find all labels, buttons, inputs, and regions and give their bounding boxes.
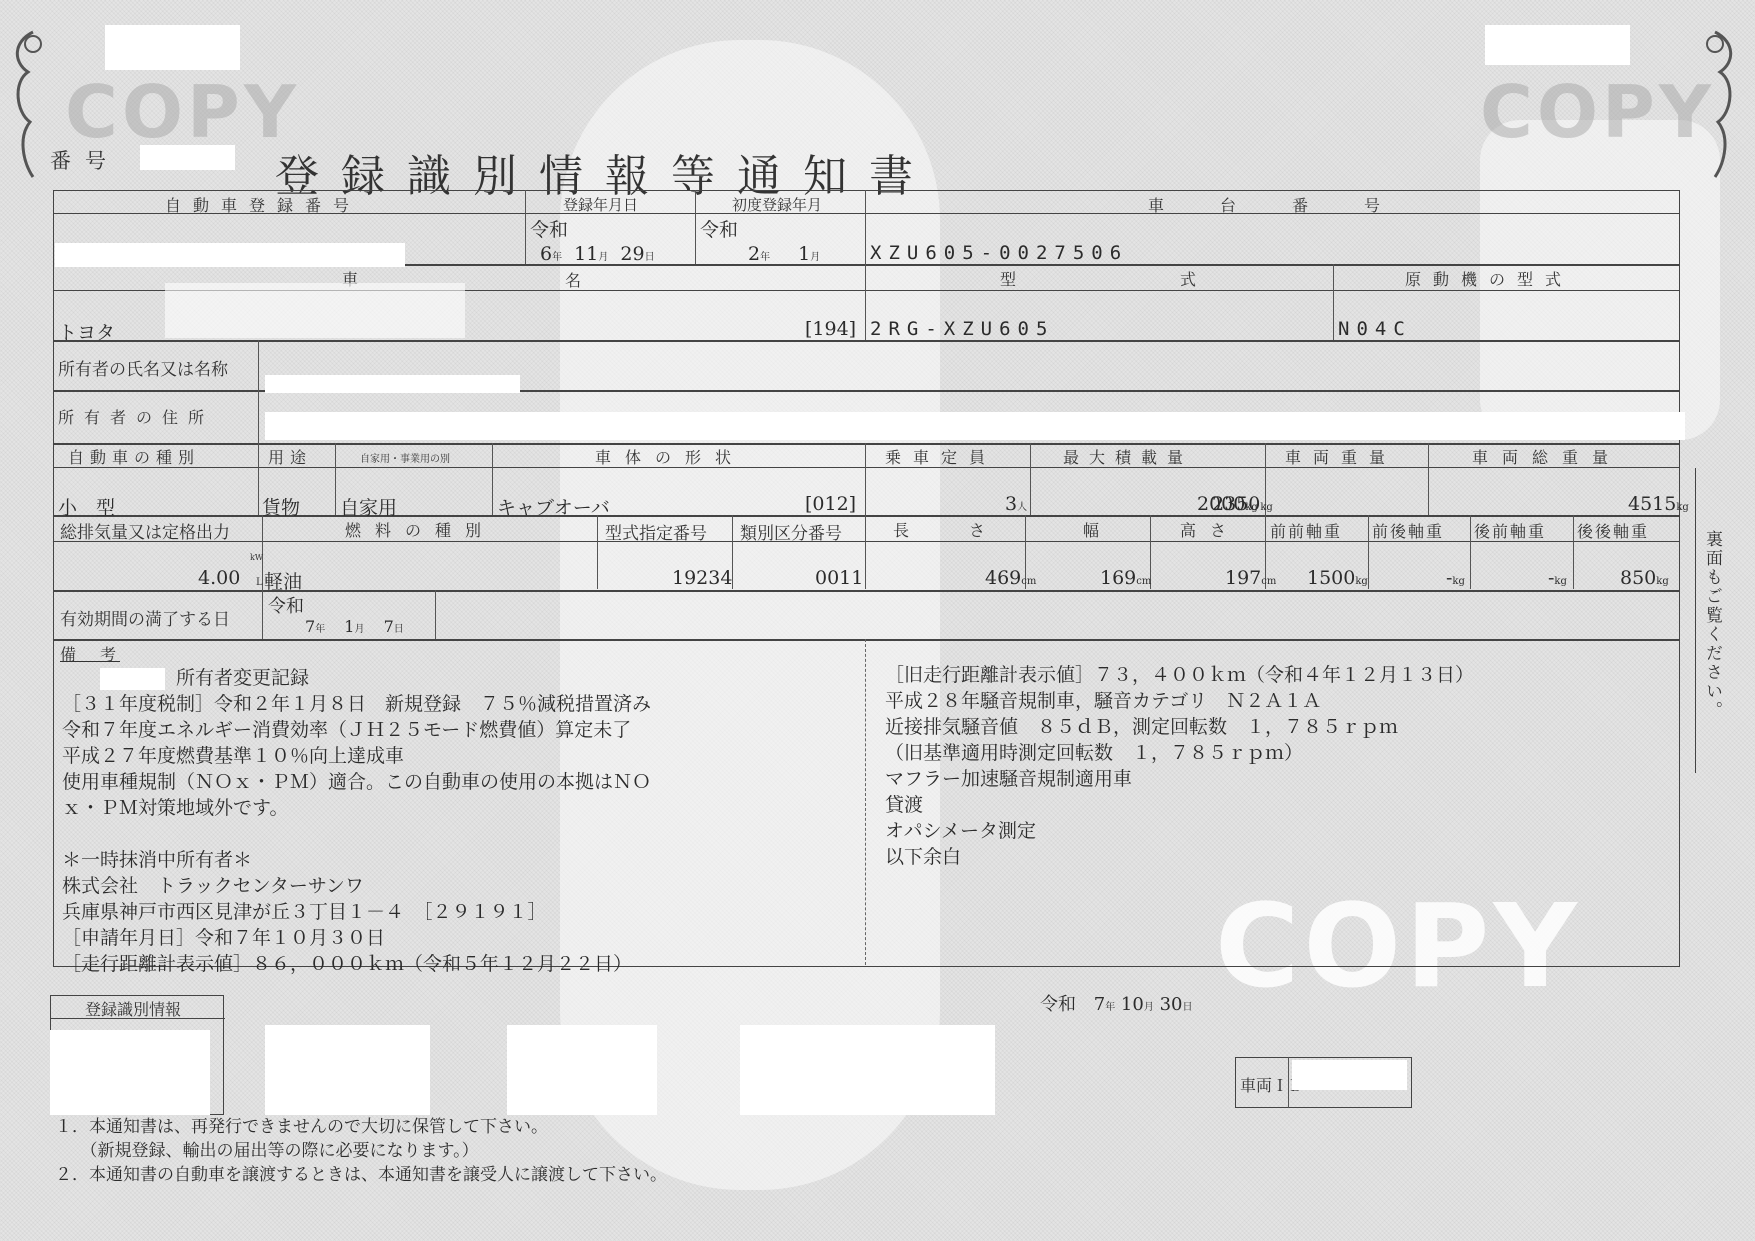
registration-year: 6 <box>540 243 552 265</box>
dim-unit: cm <box>1261 576 1276 587</box>
vehicle-weight-number: 2350 <box>1212 493 1260 515</box>
body-shape-value: キャブオーバ <box>497 493 610 520</box>
vehicle-weight-label: 車両重量 <box>1285 445 1397 468</box>
displacement-value: 4.00 <box>198 567 240 589</box>
width-label: 幅 <box>1083 518 1105 541</box>
issue-era: 令和 <box>1040 994 1076 1015</box>
private-business-value: 自家用 <box>340 493 397 520</box>
reg-info-redaction <box>50 1030 210 1115</box>
month-unit: 月 <box>1144 1002 1154 1013</box>
registration-era: 令和 <box>530 215 568 242</box>
registration-number-label: 自動車登録番号 <box>165 193 361 216</box>
issue-date: 令和 7年 10月 30日 <box>1040 990 1192 1016</box>
reg-info-redaction <box>740 1025 995 1115</box>
col-divider <box>1428 443 1429 515</box>
axle-unit: kg <box>1554 576 1566 587</box>
model-label-2: 式 <box>1180 267 1202 290</box>
ornament-right-icon <box>1690 22 1740 182</box>
vehicle-name: トヨタ <box>58 318 115 345</box>
first-registration-era: 令和 <box>700 215 738 242</box>
height-label: 高さ <box>1180 518 1240 541</box>
side-note: 裏面もご覧ください。 <box>1700 530 1725 720</box>
ff-axle-value: 1500kg <box>1307 567 1368 589</box>
max-load-label: 最大積載量 <box>1063 445 1193 468</box>
first-registration-label: 初度登録年月 <box>732 194 822 215</box>
year-unit: 年 <box>1105 1002 1115 1013</box>
gross-weight-value: 4515kg <box>1628 493 1689 515</box>
issue-day: 30 <box>1160 994 1183 1015</box>
reg-info-divider <box>50 1018 225 1019</box>
col-divider <box>525 190 526 264</box>
remarks-divider <box>865 639 867 965</box>
length-label: 長さ <box>893 518 1045 541</box>
owner-address-label: 所有者の住所 <box>58 405 214 428</box>
first-registration-year: 2 <box>748 243 760 265</box>
width-value: 169cm <box>1100 567 1151 589</box>
redaction <box>105 25 240 70</box>
document-number-label: 番号 <box>50 145 120 175</box>
private-business-label: 自家用・事業用の別 <box>360 450 450 465</box>
registration-date-label: 登録年月日 <box>563 194 638 215</box>
vehicle-kind: 小 型 <box>58 493 115 520</box>
expiry-year: 7 <box>305 617 315 636</box>
remarks-redaction <box>100 668 165 690</box>
capacity-label: 乗車定員 <box>885 445 997 468</box>
chassis-number: XZU605-0027506 <box>870 242 1128 264</box>
col-divider <box>258 340 259 443</box>
ff-axle-number: 1500 <box>1307 567 1355 589</box>
issue-year: 7 <box>1094 994 1105 1015</box>
ff-axle-label: 前前軸重 <box>1270 519 1342 542</box>
dim-unit: cm <box>1021 576 1036 587</box>
height-number: 197 <box>1225 567 1261 589</box>
vehicle-name-code: [194] <box>805 318 856 340</box>
category-number-value: 0011 <box>815 567 863 589</box>
document-number-redaction <box>140 145 235 170</box>
use-value: 貨物 <box>262 493 300 520</box>
length-value: 469cm <box>985 567 1036 589</box>
model-label-1: 型 <box>1000 267 1022 290</box>
col-divider <box>1333 264 1334 340</box>
col-divider <box>1573 515 1574 589</box>
col-divider <box>1368 515 1369 589</box>
registration-date: 6年 11月 29日 <box>540 243 655 265</box>
weight-unit: kg <box>1676 502 1688 513</box>
owner-name-redaction <box>265 375 520 393</box>
expiry-date: 7年 1月 7日 <box>305 617 404 636</box>
col-divider <box>1030 443 1031 515</box>
height-value: 197cm <box>1225 567 1276 589</box>
displacement-unit-top: kW <box>250 553 263 562</box>
expiry-day: 7 <box>384 617 394 636</box>
copy-watermark: COPY <box>65 70 300 154</box>
first-registration-month: 1 <box>798 243 810 265</box>
engine-model: N04C <box>1338 318 1412 340</box>
month-unit: 月 <box>810 252 820 263</box>
col-divider <box>865 190 866 340</box>
vehicle-id-redaction <box>1292 1060 1407 1090</box>
fr-axle-value: -kg <box>1446 567 1465 589</box>
rf-axle-label: 後前軸重 <box>1474 519 1546 542</box>
capacity-value: 3人 <box>1005 493 1027 515</box>
rf-axle-value: -kg <box>1548 567 1567 589</box>
gross-weight-number: 4515 <box>1628 493 1676 515</box>
col-divider <box>335 443 336 515</box>
reg-info-label: 登録識別情報 <box>85 997 181 1020</box>
col-divider <box>435 590 436 639</box>
vehicle-weight-value: 2350kg <box>1212 493 1273 515</box>
col-divider <box>695 190 696 264</box>
vehicle-model: 2RG-XZU605 <box>870 318 1054 340</box>
owner-address-redaction <box>265 412 1685 440</box>
capacity-unit: 人 <box>1017 502 1027 513</box>
year-unit: 年 <box>760 252 770 263</box>
col-divider <box>258 443 259 515</box>
year-unit: 年 <box>315 624 325 635</box>
axle-unit: kg <box>1452 576 1464 587</box>
month-unit: 月 <box>354 624 364 635</box>
col-divider <box>492 443 493 515</box>
row-divider <box>275 264 1680 266</box>
axle-unit: kg <box>1355 576 1367 587</box>
day-unit: 日 <box>394 624 404 635</box>
side-note-box <box>1695 468 1696 773</box>
displacement-label: 総排気量又は定格出力 <box>60 518 230 543</box>
registration-day: 29 <box>620 243 644 265</box>
row-divider <box>53 340 1680 342</box>
body-shape-code: [012] <box>805 493 856 515</box>
reg-info-redaction <box>265 1025 430 1115</box>
chassis-number-label: 車台番号 <box>1148 193 1436 216</box>
day-unit: 日 <box>1182 1002 1192 1013</box>
type-designation-label: 型式指定番号 <box>605 519 707 544</box>
vehicle-kind-label: 自動車の種別 <box>68 445 200 468</box>
first-registration-date: 2年 1月 <box>748 243 820 265</box>
year-unit: 年 <box>552 252 562 263</box>
footer-notes: １．本通知書は、再発行できませんので大切に保管して下さい。 （新規登録、輸出の届… <box>55 1115 667 1187</box>
redaction <box>1485 25 1630 65</box>
fuel-value: 軽油 <box>264 567 302 594</box>
remarks-right: ［旧走行距離計表示値］７３，４００ｋｍ（令和４年１２月１３日） 平成２８年騒音規… <box>885 662 1474 870</box>
length-number: 469 <box>985 567 1021 589</box>
copy-watermark: COPY <box>1480 70 1715 154</box>
width-number: 169 <box>1100 567 1136 589</box>
dim-unit: cm <box>1136 576 1151 587</box>
owner-name-label: 所有者の氏名又は名称 <box>58 355 228 380</box>
issue-month: 10 <box>1121 994 1144 1015</box>
fuel-label: 燃料の種別 <box>345 518 495 541</box>
day-unit: 日 <box>645 252 655 263</box>
col-divider <box>597 515 598 589</box>
type-designation-value: 19234 <box>672 567 732 589</box>
vehicle-name-redaction <box>165 283 465 338</box>
fr-axle-label: 前後軸重 <box>1372 519 1444 542</box>
use-label: 用途 <box>268 445 312 468</box>
remarks-left: ，所有者変更記録 ［３１年度税制］令和２年１月８日 新規登録 ７５％減税措置済み… <box>62 665 651 977</box>
displacement-unit-bottom: L <box>256 577 263 588</box>
rr-axle-label: 後後軸重 <box>1577 519 1649 542</box>
registration-month: 11 <box>574 243 598 265</box>
engine-model-label: 原動機の型式 <box>1405 267 1573 290</box>
col-divider <box>865 443 866 515</box>
category-number-label: 類別区分番号 <box>740 519 842 544</box>
col-divider <box>1470 515 1471 589</box>
rr-axle-value: 850kg <box>1620 567 1669 589</box>
gross-weight-label: 車両総重量 <box>1472 445 1622 468</box>
registration-number-redaction <box>55 243 405 267</box>
reg-info-redaction <box>507 1025 657 1115</box>
col-divider <box>865 515 866 589</box>
body-shape-label: 車体の形状 <box>595 445 745 468</box>
document-scan: COPY COPY COPY 番号 登録識別情報等通知書 <box>0 0 1755 1241</box>
vehicle-name-label-2: 名 <box>565 268 587 291</box>
weight-unit: kg <box>1260 502 1272 513</box>
expiry-label: 有効期間の満了する日 <box>60 605 230 630</box>
capacity-number: 3 <box>1005 493 1017 515</box>
rr-axle-number: 850 <box>1620 567 1656 589</box>
remarks-label: 備 考 <box>60 642 120 665</box>
expiry-era: 令和 <box>268 592 304 618</box>
axle-unit: kg <box>1656 576 1668 587</box>
month-unit: 月 <box>598 252 608 263</box>
expiry-month: 1 <box>344 617 354 636</box>
